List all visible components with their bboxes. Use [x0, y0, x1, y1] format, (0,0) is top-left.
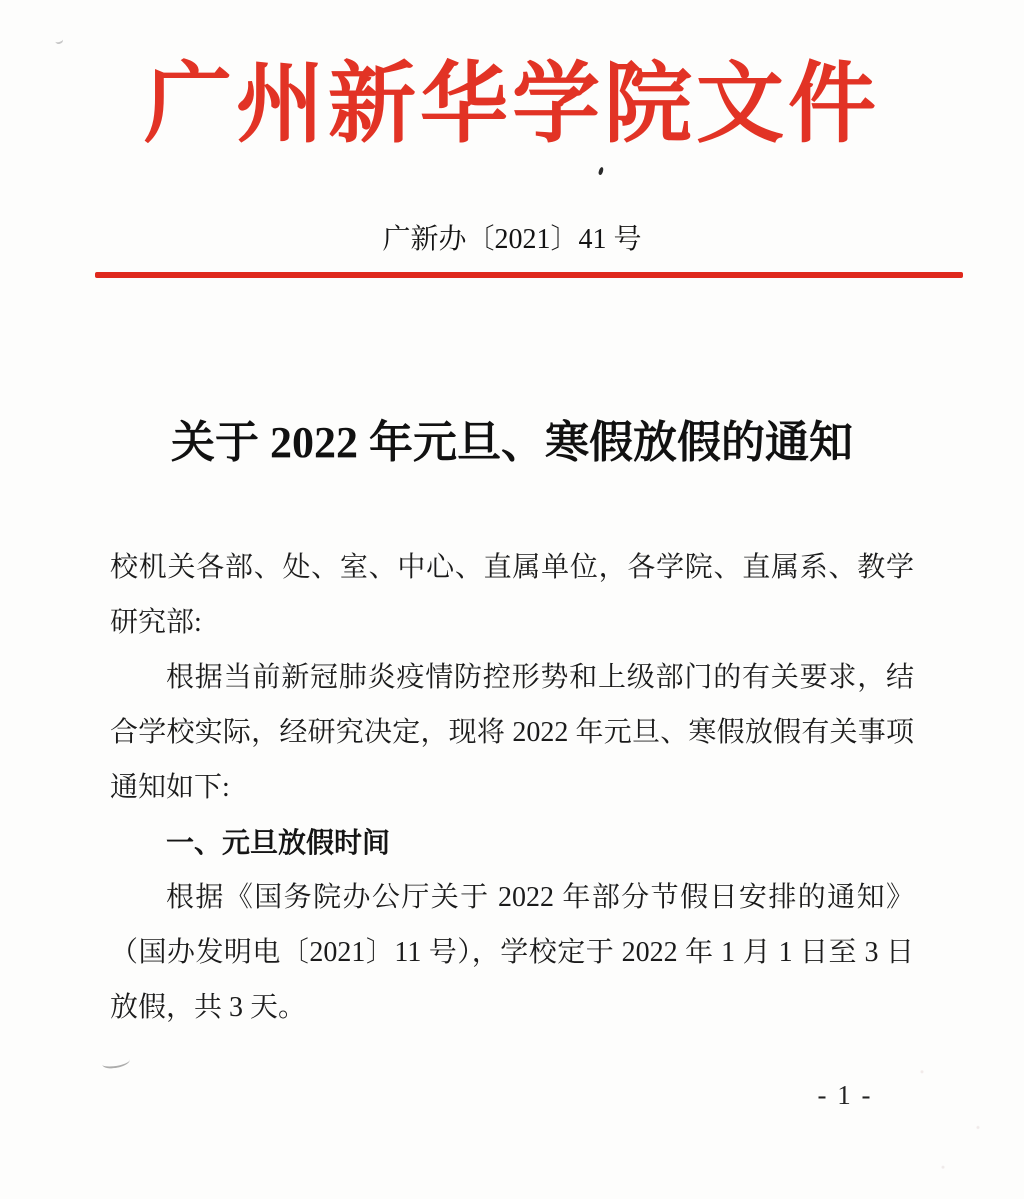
scan-artifact-speck: [54, 36, 64, 45]
body-line-salutation-1: 校机关各部、处、室、中心、直属单位，各学院、直属系、教学: [110, 546, 914, 590]
notice-title: 关于 2022 年元旦、寒假放假的通知: [0, 416, 1024, 470]
body-line-intro-3: 通知如下:: [110, 766, 914, 810]
body-line-intro-1: 根据当前新冠肺炎疫情防控形势和上级部门的有关要求，结: [110, 656, 914, 700]
body-line-section1-1: 根据《国务院办公厅关于 2022 年部分节假日安排的通知》: [110, 876, 914, 920]
document-number: 广新办〔2021〕41 号: [0, 220, 1024, 260]
body-line-intro-2: 合学校实际，经研究决定，现将 2022 年元旦、寒假放假有关事项: [110, 711, 914, 755]
body-line-salutation-2: 研究部:: [110, 601, 914, 645]
section-heading-new-year-holiday: 一、元旦放假时间: [110, 821, 914, 865]
body-line-section1-3: 放假，共 3 天。: [110, 986, 914, 1030]
body-line-section1-2: （国办发明电〔2021〕11 号），学校定于 2022 年 1 月 1 日至 3…: [110, 931, 914, 975]
scan-artifact-noise: [880, 1040, 1020, 1199]
scanned-document-page: 广州新华学院文件 广新办〔2021〕41 号 关于 2022 年元旦、寒假放假的…: [0, 0, 1024, 1199]
page-number: - 1 -: [790, 1078, 900, 1112]
red-divider-line: [95, 272, 963, 278]
scan-artifact-stroke: [101, 1055, 130, 1070]
scan-artifact-dot: [598, 167, 604, 176]
letterhead-title: 广州新华学院文件: [0, 52, 1024, 160]
